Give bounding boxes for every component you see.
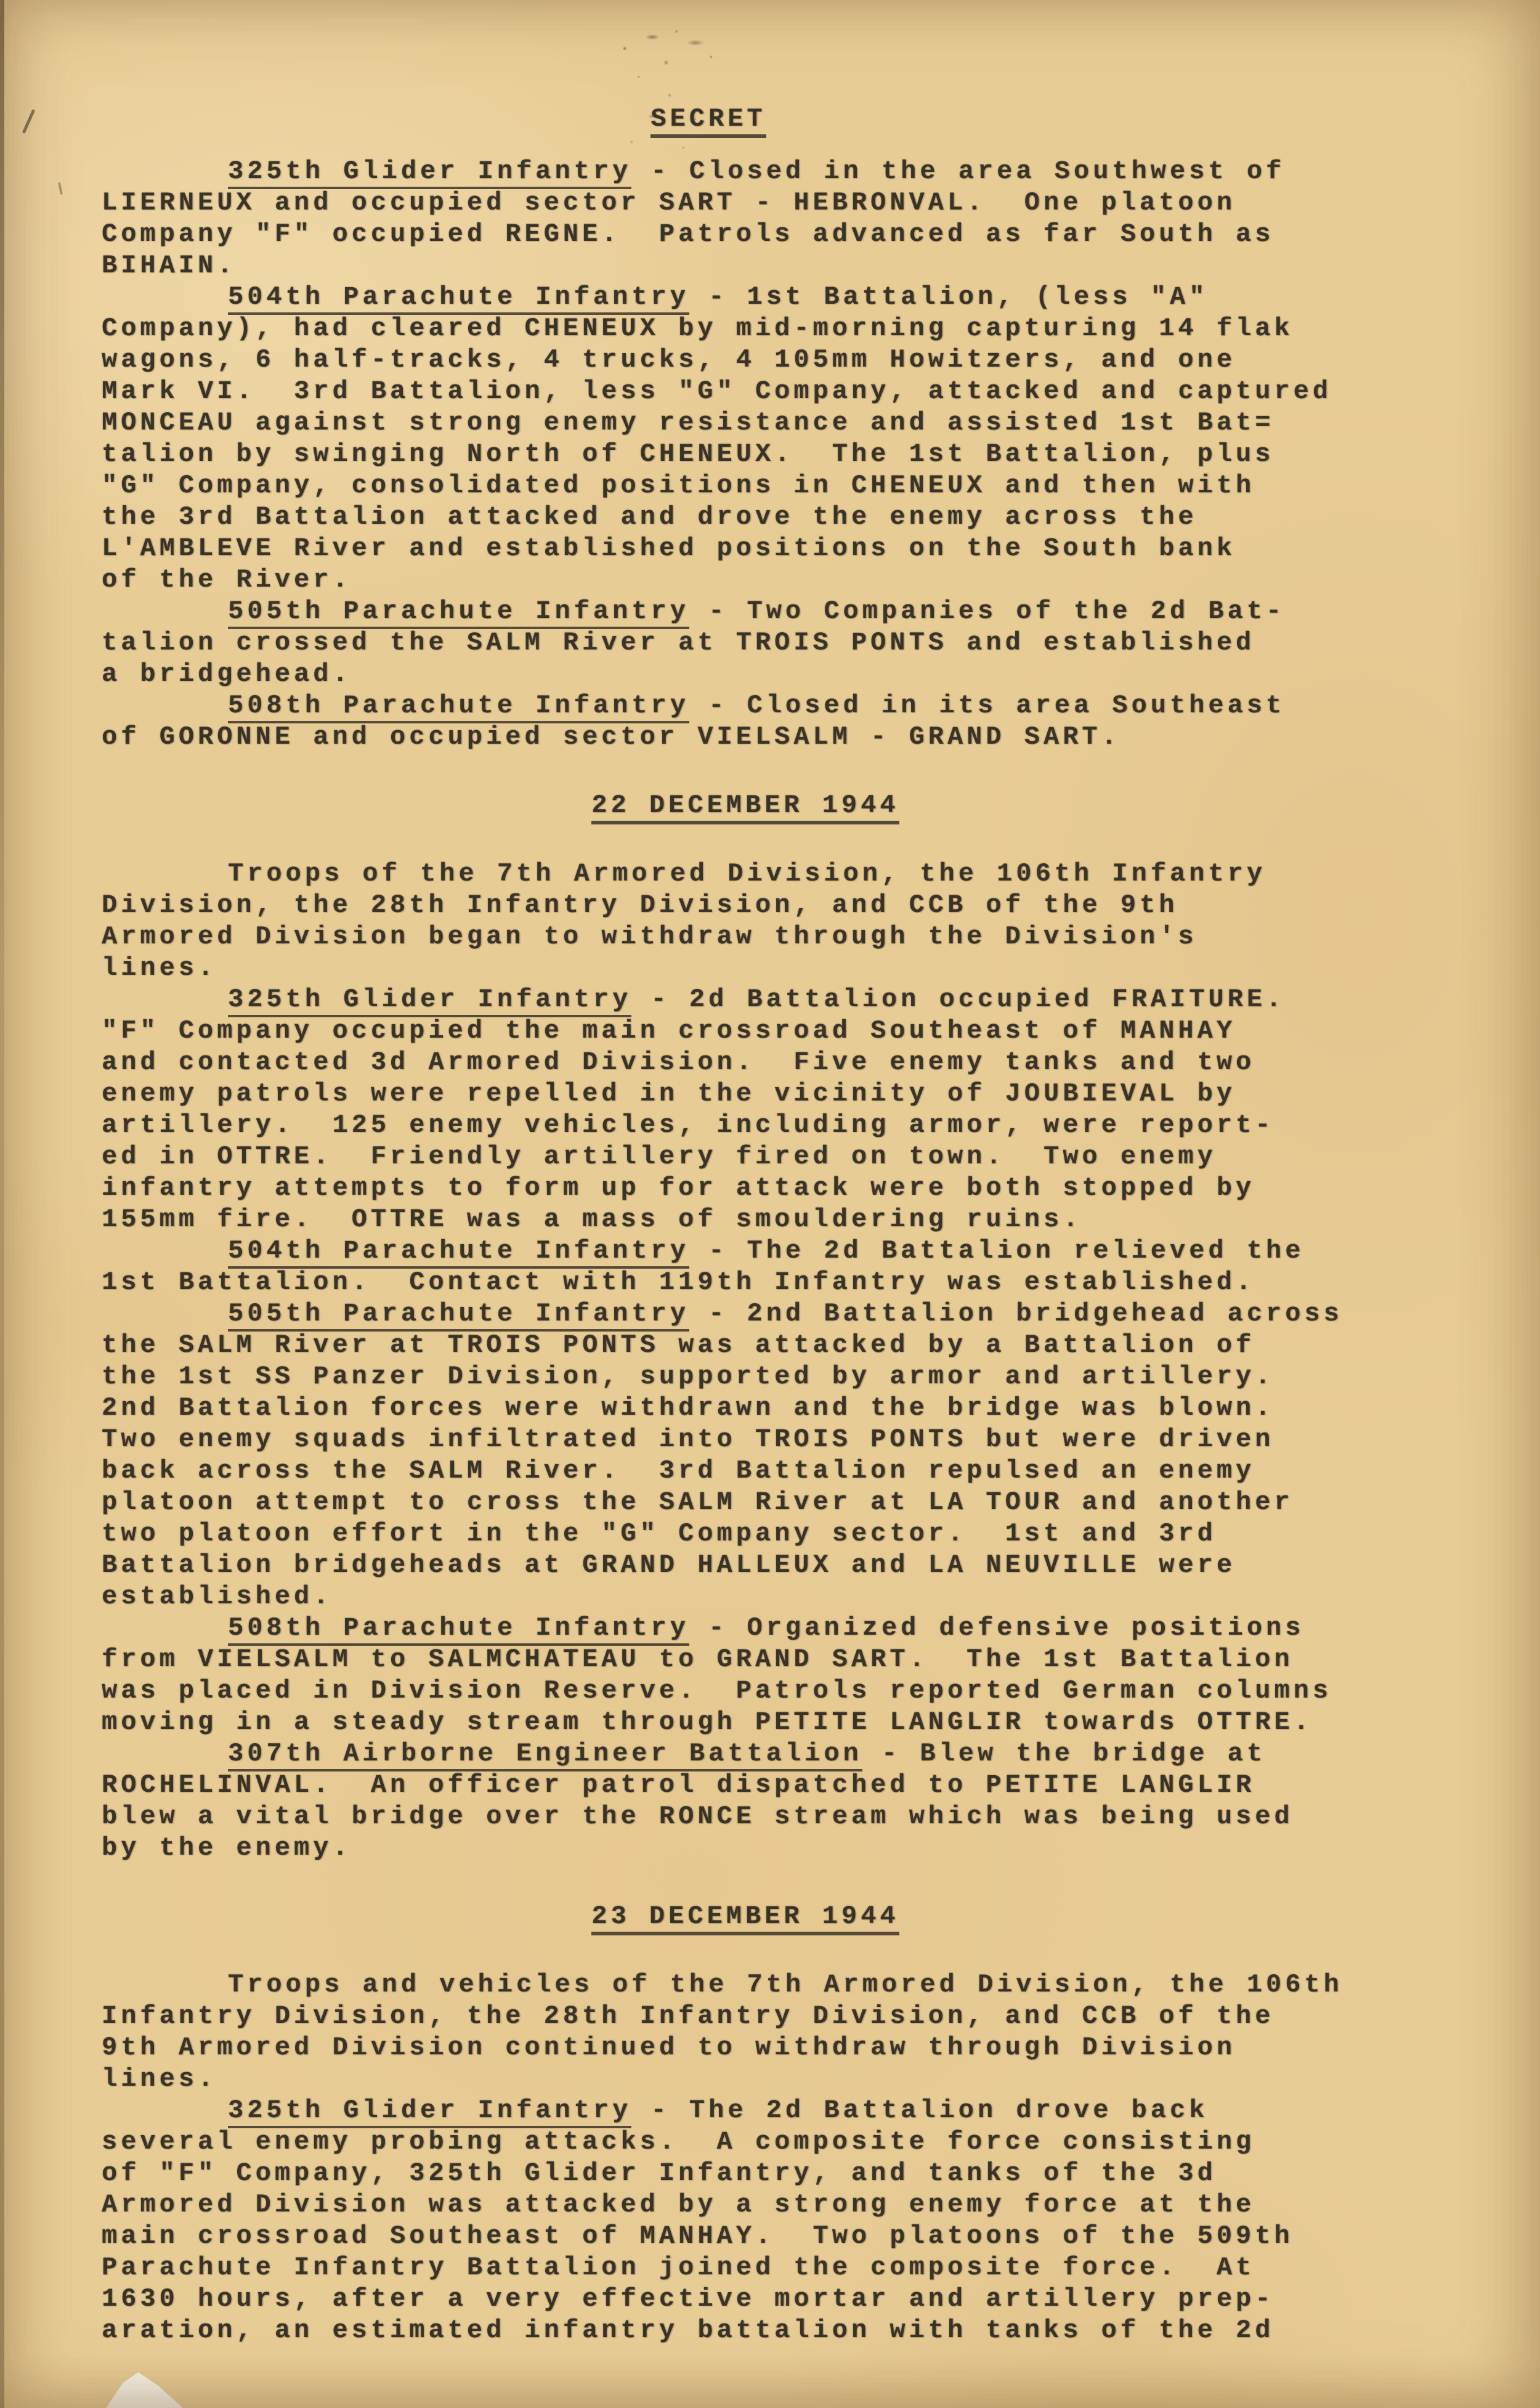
text-line: MONCEAU against strong enemy resistance …: [102, 407, 1389, 439]
text-segment: ROCHELINVAL. An officer patrol dispatche…: [102, 1770, 1255, 1800]
text-line: 1st Battalion. Contact with 119th Infant…: [102, 1267, 1389, 1298]
text-line: 508th Parachute Infantry - Closed in its…: [102, 690, 1389, 722]
text-line: from VIELSALM to SALMCHATEAU to GRAND SA…: [102, 1644, 1389, 1675]
text-segment: - The 2d Battalion relieved the: [689, 1236, 1305, 1266]
paragraph: 508th Parachute Infantry - Closed in its…: [102, 690, 1389, 753]
text-line: of "F" Company, 325th Glider Infantry, a…: [102, 2158, 1389, 2189]
text-segment: BIHAIN.: [102, 251, 236, 280]
text-line: of the River.: [102, 564, 1389, 596]
paragraph: 504th Parachute Infantry - 1st Battalion…: [102, 282, 1389, 596]
text-segment: Division, the 28th Infantry Division, an…: [102, 890, 1178, 920]
text-segment: - 1st Battalion, (less "A": [689, 282, 1209, 312]
heading-text: 23 DECEMBER 1944: [591, 1902, 899, 1935]
text-segment: - Organized defensive positions: [689, 1613, 1305, 1643]
text-line: infantry attempts to form up for attack …: [102, 1173, 1389, 1204]
text-segment: several enemy probing attacks. A composi…: [102, 2127, 1255, 2157]
text-segment: MONCEAU against strong enemy resistance …: [102, 408, 1274, 437]
text-segment: talion by swinging North of CHENEUX. The…: [102, 439, 1274, 469]
paragraph: 325th Glider Infantry - Closed in the ar…: [102, 156, 1389, 282]
text-segment: - Closed in its area Southeast: [689, 691, 1285, 720]
text-segment: Two enemy squads infiltrated into TROIS …: [102, 1425, 1274, 1454]
text-line: 504th Parachute Infantry - 1st Battalion…: [102, 282, 1389, 313]
text-line: 307th Airborne Engineer Battalion - Blew…: [102, 1738, 1389, 1770]
pen-mark: [58, 182, 63, 195]
text-segment: - Closed in the area Southwest of: [631, 157, 1285, 186]
text-segment: established.: [102, 1582, 332, 1611]
text-segment: 9th Armored Division continued to withdr…: [102, 2033, 1236, 2062]
paragraph: Troops and vehicles of the 7th Armored D…: [102, 1969, 1389, 2095]
text-segment: - Blew the bridge at: [862, 1739, 1266, 1768]
text-line: ROCHELINVAL. An officer patrol dispatche…: [102, 1770, 1389, 1801]
text-segment: by the enemy.: [102, 1833, 352, 1863]
text-line: Troops and vehicles of the 7th Armored D…: [102, 1969, 1389, 2001]
text-line: Troops of the 7th Armored Division, the …: [102, 858, 1389, 890]
unit-designation: 505th Parachute Infantry: [228, 1299, 689, 1332]
text-line: wagons, 6 half-tracks, 4 trucks, 4 105mm…: [102, 344, 1389, 376]
text-line: established.: [102, 1581, 1389, 1613]
unit-designation: 325th Glider Infantry: [228, 2096, 631, 2128]
text-line: 325th Glider Infantry - Closed in the ar…: [102, 156, 1389, 187]
text-line: aration, an estimated infantry battalion…: [102, 2315, 1389, 2346]
text-line: lines.: [102, 2064, 1389, 2095]
text-segment: Infantry Division, the 28th Infantry Div…: [102, 2001, 1274, 2031]
paragraph: 307th Airborne Engineer Battalion - Blew…: [102, 1738, 1389, 1864]
text-segment: the SALM River at TROIS PONTS was attack…: [102, 1330, 1255, 1360]
text-line: artillery. 125 enemy vehicles, including…: [102, 1110, 1389, 1141]
text-line: moving in a steady stream through PETITE…: [102, 1707, 1389, 1738]
text-segment: "G" Company, consolidated positions in C…: [102, 471, 1255, 500]
text-segment: Company), had cleared CHENEUX by mid-mor…: [102, 314, 1294, 343]
text-line: Parachute Infantry Battalion joined the …: [102, 2252, 1389, 2284]
text-segment: Troops of the 7th Armored Division, the …: [228, 859, 1266, 889]
text-line: 505th Parachute Infantry - 2nd Battalion…: [102, 1298, 1389, 1330]
document-page: SECRET325th Glider Infantry - Closed in …: [0, 0, 1540, 2408]
unit-designation: 325th Glider Infantry: [228, 985, 631, 1017]
unit-designation: 307th Airborne Engineer Battalion: [228, 1739, 862, 1771]
date-heading: 22 DECEMBER 1944: [102, 790, 1389, 821]
text-line: back across the SALM River. 3rd Battalio…: [102, 1455, 1389, 1487]
text-segment: - 2d Battalion occupied FRAITURE.: [631, 985, 1285, 1014]
text-line: BIHAIN.: [102, 250, 1389, 282]
document-body: SECRET325th Glider Infantry - Closed in …: [102, 104, 1389, 2346]
text-line: Armored Division began to withdraw throu…: [102, 921, 1389, 953]
text-line: "G" Company, consolidated positions in C…: [102, 470, 1389, 502]
text-segment: 2nd Battalion forces were withdrawn and …: [102, 1393, 1274, 1423]
text-line: ed in OTTRE. Friendly artillery fired on…: [102, 1141, 1389, 1173]
text-line: 325th Glider Infantry - The 2d Battalion…: [102, 2095, 1389, 2126]
text-segment: - The 2d Battalion drove back: [631, 2096, 1208, 2125]
text-segment: - Two Companies of the 2d Bat-: [689, 596, 1285, 626]
text-segment: Mark VI. 3rd Battalion, less "G" Company…: [102, 376, 1332, 406]
text-line: Battalion bridgeheads at GRAND HALLEUX a…: [102, 1550, 1389, 1581]
text-segment: Parachute Infantry Battalion joined the …: [102, 2253, 1255, 2282]
text-line: 504th Parachute Infantry - The 2d Battal…: [102, 1235, 1389, 1267]
text-segment: Battalion bridgeheads at GRAND HALLEUX a…: [102, 1550, 1236, 1580]
text-segment: "F" Company occupied the main crossroad …: [102, 1016, 1236, 1046]
text-line: 9th Armored Division continued to withdr…: [102, 2032, 1389, 2064]
paragraph: 325th Glider Infantry - 2d Battalion occ…: [102, 984, 1389, 1235]
text-line: the SALM River at TROIS PONTS was attack…: [102, 1330, 1389, 1361]
text-line: and contacted 3d Armored Division. Five …: [102, 1047, 1389, 1078]
unit-designation: 325th Glider Infantry: [228, 157, 631, 189]
scan-edge-shadow: [0, 0, 4, 2408]
text-segment: lines.: [102, 2064, 217, 2094]
text-segment: - 2nd Battalion bridgehead across: [689, 1299, 1343, 1328]
text-line: main crossroad Southeast of MANHAY. Two …: [102, 2221, 1389, 2252]
text-segment: main crossroad Southeast of MANHAY. Two …: [102, 2221, 1294, 2251]
text-line: by the enemy.: [102, 1832, 1389, 1864]
paragraph: 504th Parachute Infantry - The 2d Battal…: [102, 1235, 1389, 1298]
text-segment: and contacted 3d Armored Division. Five …: [102, 1047, 1255, 1077]
text-line: 325th Glider Infantry - 2d Battalion occ…: [102, 984, 1389, 1015]
heading-text: SECRET: [650, 104, 766, 138]
text-segment: from VIELSALM to SALMCHATEAU to GRAND SA…: [102, 1645, 1294, 1674]
text-line: Mark VI. 3rd Battalion, less "G" Company…: [102, 376, 1389, 407]
text-line: enemy patrols were repelled in the vicin…: [102, 1078, 1389, 1110]
paragraph: 505th Parachute Infantry - 2nd Battalion…: [102, 1298, 1389, 1613]
text-line: Armored Division was attacked by a stron…: [102, 2189, 1389, 2221]
text-line: 505th Parachute Infantry - Two Companies…: [102, 596, 1389, 627]
text-segment: was placed in Division Reserve. Patrols …: [102, 1676, 1332, 1706]
paragraph: Troops of the 7th Armored Division, the …: [102, 858, 1389, 984]
pen-mark: [22, 109, 36, 134]
text-segment: lines.: [102, 953, 217, 983]
text-segment: enemy patrols were repelled in the vicin…: [102, 1079, 1236, 1108]
text-line: 1630 hours, after a very effective morta…: [102, 2284, 1389, 2315]
text-line: of GORONNE and occupied sector VIELSALM …: [102, 722, 1389, 753]
text-segment: ed in OTTRE. Friendly artillery fired on…: [102, 1142, 1217, 1171]
unit-designation: 508th Parachute Infantry: [228, 1613, 689, 1646]
paragraph: 325th Glider Infantry - The 2d Battalion…: [102, 2095, 1389, 2346]
text-segment: talion crossed the SALM River at TROIS P…: [102, 628, 1255, 657]
text-segment: wagons, 6 half-tracks, 4 trucks, 4 105mm…: [102, 345, 1236, 375]
text-line: Infantry Division, the 28th Infantry Div…: [102, 2001, 1389, 2032]
text-line: platoon attempt to cross the SALM River …: [102, 1487, 1389, 1518]
text-segment: the 3rd Battalion attacked and drove the…: [102, 502, 1198, 532]
text-segment: LIERNEUX and occupied sector SART - HEBR…: [102, 188, 1236, 218]
text-line: a bridgehead.: [102, 659, 1389, 690]
text-segment: Armored Division was attacked by a stron…: [102, 2190, 1255, 2219]
text-line: the 3rd Battalion attacked and drove the…: [102, 502, 1389, 533]
text-line: Division, the 28th Infantry Division, an…: [102, 890, 1389, 921]
text-line: blew a vital bridge over the RONCE strea…: [102, 1801, 1389, 1832]
text-segment: aration, an estimated infantry battalion…: [102, 2316, 1274, 2345]
unit-designation: 505th Parachute Infantry: [228, 596, 689, 629]
text-line: Company "F" occupied REGNE. Patrols adva…: [102, 219, 1389, 250]
text-segment: artillery. 125 enemy vehicles, including…: [102, 1110, 1274, 1140]
text-line: L'AMBLEVE River and established position…: [102, 533, 1389, 564]
text-segment: 1630 hours, after a very effective morta…: [102, 2284, 1274, 2314]
text-line: Company), had cleared CHENEUX by mid-mor…: [102, 313, 1389, 344]
text-line: "F" Company occupied the main crossroad …: [102, 1015, 1389, 1047]
paragraph: 508th Parachute Infantry - Organized def…: [102, 1613, 1389, 1738]
text-segment: the 1st SS Panzer Division, supported by…: [102, 1362, 1274, 1391]
text-segment: two platoon effort in the "G" Company se…: [102, 1519, 1217, 1548]
text-segment: of "F" Company, 325th Glider Infantry, a…: [102, 2158, 1217, 2188]
text-line: talion crossed the SALM River at TROIS P…: [102, 627, 1389, 659]
text-segment: L'AMBLEVE River and established position…: [102, 534, 1236, 563]
text-line: talion by swinging North of CHENEUX. The…: [102, 439, 1389, 470]
text-line: 508th Parachute Infantry - Organized def…: [102, 1613, 1389, 1644]
text-segment: a bridgehead.: [102, 659, 352, 689]
text-line: was placed in Division Reserve. Patrols …: [102, 1675, 1389, 1707]
text-segment: Troops and vehicles of the 7th Armored D…: [228, 1970, 1343, 1999]
text-segment: blew a vital bridge over the RONCE strea…: [102, 1802, 1294, 1831]
unit-designation: 504th Parachute Infantry: [228, 1236, 689, 1269]
text-segment: of GORONNE and occupied sector VIELSALM …: [102, 722, 1121, 752]
text-line: 2nd Battalion forces were withdrawn and …: [102, 1393, 1389, 1424]
text-segment: platoon attempt to cross the SALM River …: [102, 1487, 1294, 1517]
text-line: 155mm fire. OTTRE was a mass of smoulder…: [102, 1204, 1389, 1235]
paragraph: 505th Parachute Infantry - Two Companies…: [102, 596, 1389, 690]
text-segment: of the River.: [102, 565, 352, 595]
text-line: the 1st SS Panzer Division, supported by…: [102, 1361, 1389, 1393]
text-line: several enemy probing attacks. A composi…: [102, 2126, 1389, 2158]
text-segment: Armored Division began to withdraw throu…: [102, 922, 1198, 951]
classification-heading: SECRET: [65, 104, 1352, 135]
text-segment: 155mm fire. OTTRE was a mass of smoulder…: [102, 1205, 1082, 1234]
text-segment: Company "F" occupied REGNE. Patrols adva…: [102, 219, 1274, 249]
heading-text: 22 DECEMBER 1944: [591, 791, 899, 824]
text-segment: back across the SALM River. 3rd Battalio…: [102, 1456, 1255, 1486]
text-line: Two enemy squads infiltrated into TROIS …: [102, 1424, 1389, 1455]
text-segment: infantry attempts to form up for attack …: [102, 1173, 1255, 1203]
text-line: lines.: [102, 953, 1389, 984]
text-segment: 1st Battalion. Contact with 119th Infant…: [102, 1267, 1255, 1297]
unit-designation: 504th Parachute Infantry: [228, 282, 689, 315]
paper-tear: [106, 2372, 183, 2408]
unit-designation: 508th Parachute Infantry: [228, 691, 689, 723]
date-heading: 23 DECEMBER 1944: [102, 1901, 1389, 1932]
text-segment: moving in a steady stream through PETITE…: [102, 1707, 1313, 1737]
text-line: two platoon effort in the "G" Company se…: [102, 1518, 1389, 1550]
text-line: LIERNEUX and occupied sector SART - HEBR…: [102, 187, 1389, 219]
